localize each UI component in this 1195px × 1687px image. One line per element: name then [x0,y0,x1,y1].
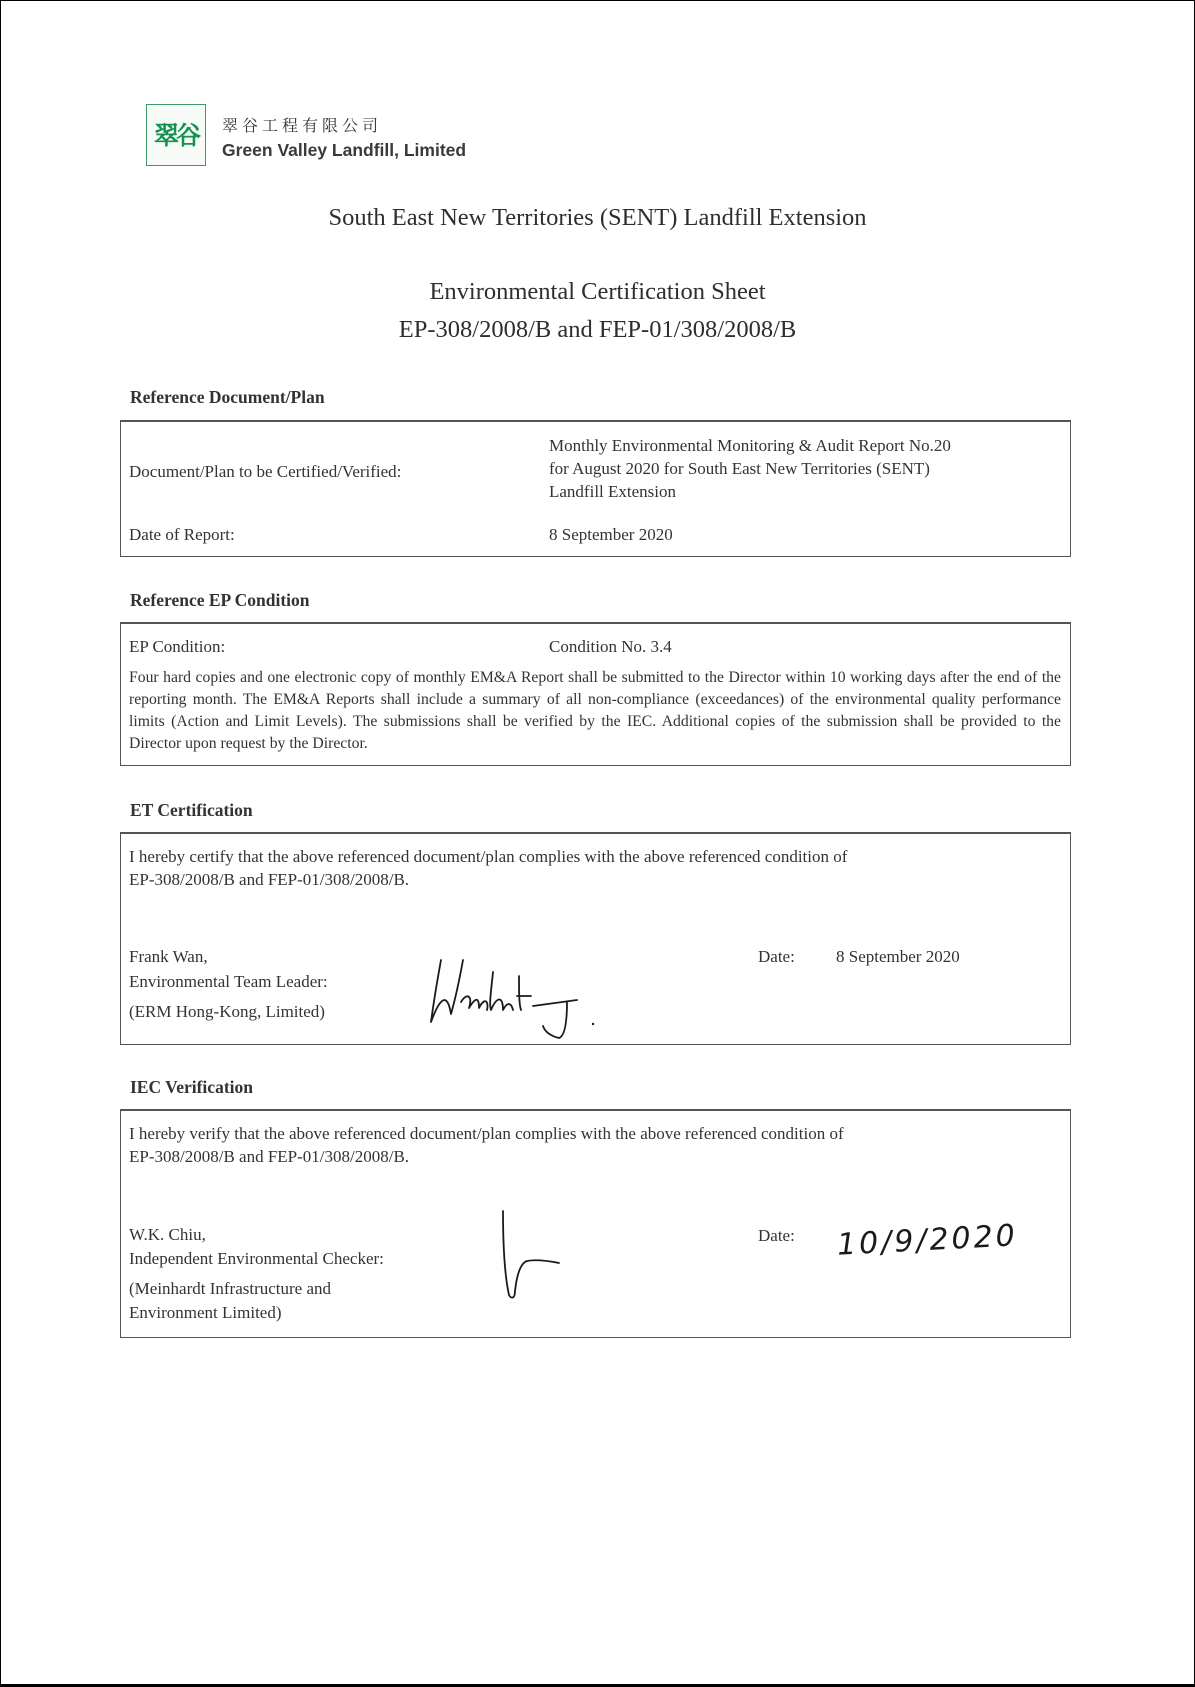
permit-numbers: EP-308/2008/B and FEP-01/308/2008/B [0,316,1195,344]
company-logo-icon: 翠谷 [146,104,206,166]
iec-statement-line2: EP-308/2008/B and FEP-01/308/2008/B. [129,1145,409,1168]
project-title: South East New Territories (SENT) Landfi… [0,204,1195,232]
iec-signer-org-line1: (Meinhardt Infrastructure and [129,1277,331,1300]
section-title-reference-document: Reference Document/Plan [130,387,325,408]
iec-date-handwritten: 10/9/2020 [836,1218,1018,1262]
reference-document-box: Document/Plan to be Certified/Verified: … [120,420,1071,557]
iec-verification-box: I hereby verify that the above reference… [120,1109,1071,1338]
doc-value-line: Landfill Extension [549,480,951,503]
section-title-iec-verification: IEC Verification [130,1077,253,1098]
doc-label: Document/Plan to be Certified/Verified: [129,460,401,483]
date-of-report-value: 8 September 2020 [549,523,673,546]
et-certification-box: I hereby certify that the above referenc… [120,832,1071,1045]
company-name-cn: 翠谷工程有限公司 [222,113,382,136]
et-signature-icon [427,952,627,1044]
section-title-ep-condition: Reference EP Condition [130,590,310,611]
iec-signature-icon [493,1207,583,1307]
ep-condition-label: EP Condition: [129,635,225,658]
section-title-et-certification: ET Certification [130,800,253,821]
et-statement-line2: EP-308/2008/B and FEP-01/308/2008/B. [129,868,409,891]
doc-value-line: Monthly Environmental Monitoring & Audit… [549,434,951,457]
ep-condition-box: EP Condition: Condition No. 3.4 Four har… [120,622,1071,766]
et-signer-name: Frank Wan, [129,945,208,968]
logo-chars: 翠谷 [154,123,198,148]
iec-date-label: Date: [758,1224,795,1247]
ep-condition-value: Condition No. 3.4 [549,635,672,658]
et-date-label: Date: [758,945,795,968]
iec-signer-org-line2: Environment Limited) [129,1301,282,1324]
doc-value: Monthly Environmental Monitoring & Audit… [549,434,951,503]
doc-value-line: for August 2020 for South East New Terri… [549,457,951,480]
iec-signer-name: W.K. Chiu, [129,1223,206,1246]
et-signer-role: Environmental Team Leader: [129,970,328,993]
sheet-title: Environmental Certification Sheet [0,278,1195,306]
iec-signer-role: Independent Environmental Checker: [129,1247,384,1270]
company-name-en: Green Valley Landfill, Limited [222,140,466,161]
ep-condition-text: Four hard copies and one electronic copy… [129,667,1061,755]
et-signer-org: (ERM Hong-Kong, Limited) [129,1000,325,1023]
date-of-report-label: Date of Report: [129,523,235,546]
iec-statement-line1: I hereby verify that the above reference… [129,1122,844,1145]
et-date-value: 8 September 2020 [836,945,960,968]
et-statement-line1: I hereby certify that the above referenc… [129,845,847,868]
